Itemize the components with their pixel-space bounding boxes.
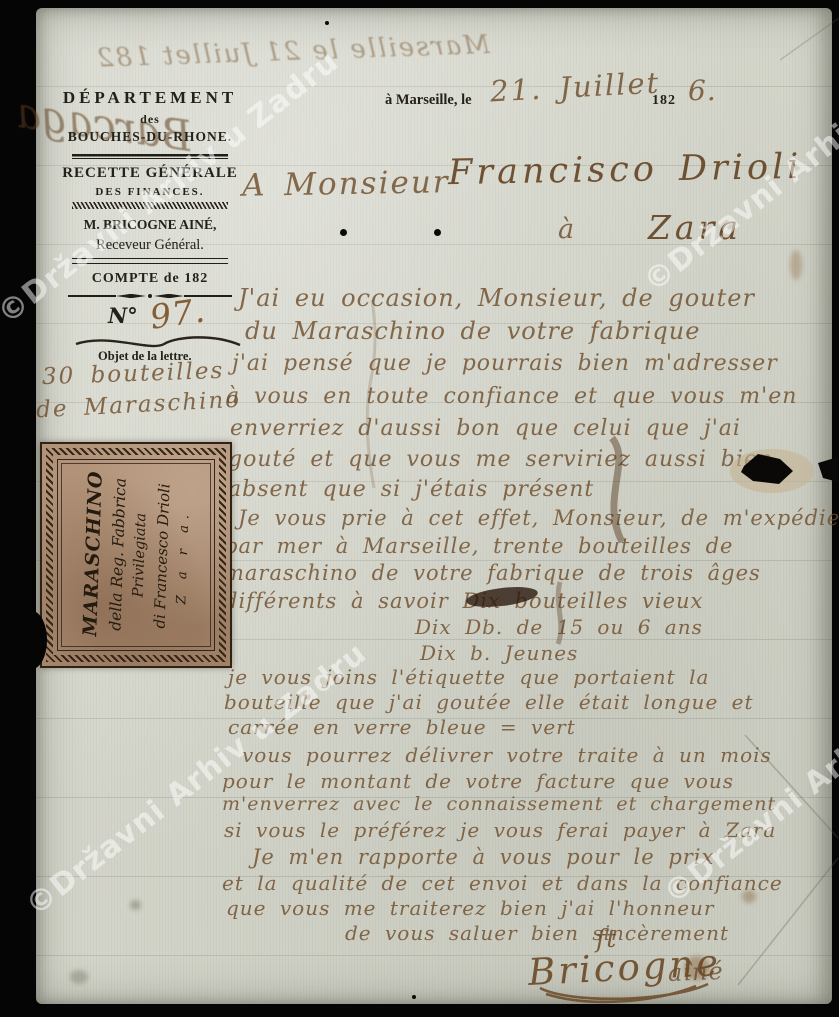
address-recipient-name: Francisco Drioli xyxy=(448,147,803,193)
stain xyxy=(70,970,88,984)
letter-line: Dix Db. de 15 ou 6 ans xyxy=(415,615,703,639)
ink-speck xyxy=(412,995,416,999)
numero-label: N° xyxy=(108,303,138,328)
address-preposition: à xyxy=(558,214,575,245)
letterhead-receveur-general: Receveur Général. xyxy=(62,237,238,254)
letterhead-recette-generale: RECETTE GÉNÉRALE xyxy=(58,165,242,182)
letter-line: pour le montant de votre facture que vou… xyxy=(222,769,734,793)
letter-line: maraschino de votre fabrique de trois âg… xyxy=(224,561,761,585)
letterhead-bricogne: M. BRICOGNE AINÉ, xyxy=(58,217,242,233)
label-line-4: di Francesco Drioli xyxy=(149,459,174,654)
letter-line: et la qualité de cet envoi et dans la co… xyxy=(222,871,783,895)
maraschino-label: MARASCHINO della Reg. Fabbrica Privilegi… xyxy=(40,442,232,668)
letter-line: par mer à Marseille, trente bouteilles d… xyxy=(224,534,733,558)
scanned-letter-page: Marseille le 21 Juillet 182 Barcaga DÉPA… xyxy=(0,0,839,1017)
letter-line: que vous me traiterez bien j'ai l'honneu… xyxy=(226,896,714,920)
punch-hole xyxy=(340,229,347,236)
letter-line: si vous le préférez je vous ferai payer … xyxy=(224,818,776,842)
letter-line: bouteille que j'ai goutée elle était lon… xyxy=(224,690,754,714)
label-text-block: MARASCHINO della Reg. Fabbrica Privilegi… xyxy=(56,455,217,654)
label-title: MARASCHINO xyxy=(78,456,107,651)
letter-line: à vous en toute confiance et que vous m'… xyxy=(226,384,797,409)
label-city: Z a r a. xyxy=(172,459,194,653)
letter-line: m'enverrez avec le connaissement et char… xyxy=(222,793,776,815)
address-city: Zara xyxy=(648,208,742,247)
letter-line: je vous joins l'étiquette que portaient … xyxy=(228,665,709,689)
letter-line: Je vous prie à cet effet, Monsieur, de m… xyxy=(238,506,839,530)
letterhead-bouches-du-rhone: BOUCHES-DU-RHONE. xyxy=(55,129,245,145)
numero-value-handwritten: 97. xyxy=(148,290,208,336)
stain xyxy=(130,900,141,910)
letterhead-des-finances: DES FINANCES. xyxy=(62,186,238,198)
dateline-printed: à Marseille, le xyxy=(385,92,472,109)
letter-line: différents à savoir Dix bouteilles vieux xyxy=(224,589,703,613)
stain xyxy=(790,250,802,280)
letterhead-des: des xyxy=(62,112,238,127)
letterhead-compte: COMPTE de 182 xyxy=(62,271,238,287)
letter-line: absent que si j'étais présent xyxy=(228,477,594,502)
dateline-year-digit-handwritten: 6. xyxy=(688,74,717,107)
letterhead-divider xyxy=(72,154,228,159)
letter-line: j'ai pensé que je pourrais bien m'adress… xyxy=(232,351,778,376)
letter-line: gouté et que vous me serviriez aussi bie… xyxy=(228,447,773,472)
letter-line: de vous saluer bien sincèrement xyxy=(345,921,729,945)
signature-suffix: aîné xyxy=(668,957,725,987)
letterhead-divider-2 xyxy=(72,258,228,264)
letterhead-departement: DÉPARTEMENT xyxy=(62,88,238,108)
label-line-2: della Reg. Fabbrica xyxy=(105,457,130,652)
letterhead-wavy-divider xyxy=(72,202,228,209)
ink-speck xyxy=(325,21,329,25)
letter-line: Dix b. Jeunes xyxy=(420,641,578,665)
letter-line: enverriez d'aussi bon que celui que j'ai xyxy=(230,416,741,441)
address-salutation: A Monsieur xyxy=(242,164,450,204)
letter-line: carrée en verre bleue = vert xyxy=(228,715,576,739)
letter-line: J'ai eu occasion, Monsieur, de gouter xyxy=(238,284,755,312)
letter-line: du Maraschino de votre fabrique xyxy=(245,317,700,345)
letter-line: vous pourrez délivrer votre traite à un … xyxy=(242,743,772,767)
label-line-3: Privilegiata xyxy=(128,458,151,652)
punch-hole xyxy=(434,229,441,236)
letter-line: Je m'en rapporte à vous pour le prix xyxy=(252,845,714,869)
